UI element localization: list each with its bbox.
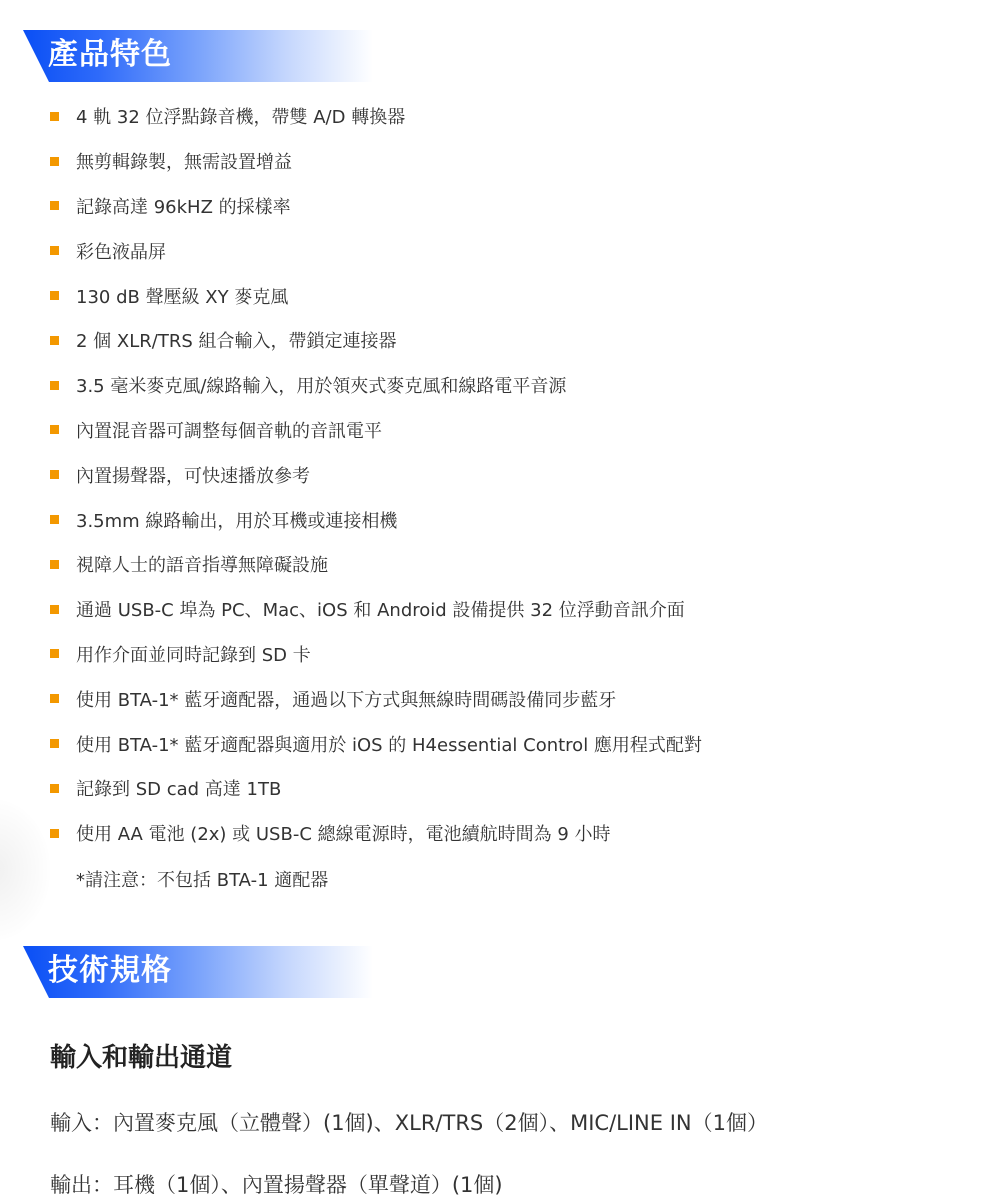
feature-item: 記錄高達 96kHZ 的採樣率	[50, 184, 702, 229]
decorative-shadow	[0, 800, 50, 940]
feature-text: 內置混音器可調整每個音軌的音訊電平	[76, 417, 382, 443]
feature-list: 4 軌 32 位浮點錄音機，帶雙 A/D 轉換器 無剪輯錄製，無需設置增益 記錄…	[50, 94, 702, 856]
feature-text: 記錄到 SD cad 高達 1TB	[76, 775, 281, 801]
square-bullet-icon	[50, 336, 59, 345]
feature-text: 3.5 毫米麥克風/線路輸入，用於領夾式麥克風和線路電平音源	[76, 372, 566, 398]
io-channels-heading: 輸入和輸出通道	[50, 1038, 232, 1078]
features-section-banner: 產品特色	[23, 30, 373, 82]
square-bullet-icon	[50, 157, 59, 166]
feature-item: 使用 BTA-1* 藍牙適配器，通過以下方式與無線時間碼設備同步藍牙	[50, 676, 702, 721]
feature-item: 視障人士的語音指導無障礙設施	[50, 542, 702, 587]
feature-text: 彩色液晶屏	[76, 238, 166, 264]
feature-item: 無剪輯錄製，無需設置增益	[50, 139, 702, 184]
feature-item: 3.5 毫米麥克風/線路輸入，用於領夾式麥克風和線路電平音源	[50, 363, 702, 408]
square-bullet-icon	[50, 201, 59, 210]
feature-text: 視障人士的語音指導無障礙設施	[76, 551, 328, 577]
specs-section-banner: 技術規格	[23, 946, 373, 998]
feature-text: 通過 USB-C 埠為 PC、Mac、iOS 和 Android 設備提供 32…	[76, 596, 685, 622]
feature-item: 用作介面並同時記錄到 SD 卡	[50, 632, 702, 677]
square-bullet-icon	[50, 694, 59, 703]
square-bullet-icon	[50, 291, 59, 300]
square-bullet-icon	[50, 560, 59, 569]
feature-item: 2 個 XLR/TRS 組合輸入，帶鎖定連接器	[50, 318, 702, 363]
feature-text: 使用 BTA-1* 藍牙適配器，通過以下方式與無線時間碼設備同步藍牙	[76, 686, 616, 712]
square-bullet-icon	[50, 605, 59, 614]
square-bullet-icon	[50, 246, 59, 255]
square-bullet-icon	[50, 829, 59, 838]
square-bullet-icon	[50, 784, 59, 793]
feature-text: 2 個 XLR/TRS 組合輸入，帶鎖定連接器	[76, 327, 396, 353]
feature-text: 使用 AA 電池 (2x) 或 USB-C 總線電源時，電池續航時間為 9 小時	[76, 820, 611, 846]
square-bullet-icon	[50, 470, 59, 479]
feature-text: 130 dB 聲壓級 XY 麥克風	[76, 283, 288, 309]
square-bullet-icon	[50, 381, 59, 390]
square-bullet-icon	[50, 515, 59, 524]
feature-item: 彩色液晶屏	[50, 228, 702, 273]
feature-item: 通過 USB-C 埠為 PC、Mac、iOS 和 Android 設備提供 32…	[50, 587, 702, 632]
feature-item: 記錄到 SD cad 高達 1TB	[50, 766, 702, 811]
feature-text: 使用 BTA-1* 藍牙適配器與適用於 iOS 的 H4essential Co…	[76, 731, 702, 757]
feature-item: 130 dB 聲壓級 XY 麥克風	[50, 273, 702, 318]
footnote: *請注意：不包括 BTA-1 適配器	[76, 866, 328, 896]
feature-item: 3.5mm 線路輸出，用於耳機或連接相機	[50, 497, 702, 542]
square-bullet-icon	[50, 649, 59, 658]
specs-section-title: 技術規格	[48, 951, 172, 991]
feature-item: 4 軌 32 位浮點錄音機，帶雙 A/D 轉換器	[50, 94, 702, 139]
input-spec: 輸入：內置麥克風（立體聲）(1個)、XLR/TRS（2個）、MIC/LINE I…	[50, 1107, 768, 1139]
feature-text: 用作介面並同時記錄到 SD 卡	[76, 641, 311, 667]
square-bullet-icon	[50, 112, 59, 121]
feature-item: 使用 BTA-1* 藍牙適配器與適用於 iOS 的 H4essential Co…	[50, 721, 702, 766]
feature-text: 內置揚聲器，可快速播放參考	[76, 462, 310, 488]
feature-item: 使用 AA 電池 (2x) 或 USB-C 總線電源時，電池續航時間為 9 小時	[50, 811, 702, 856]
feature-item: 內置揚聲器，可快速播放參考	[50, 452, 702, 497]
square-bullet-icon	[50, 739, 59, 748]
feature-text: 無剪輯錄製，無需設置增益	[76, 148, 292, 174]
square-bullet-icon	[50, 425, 59, 434]
features-section-title: 產品特色	[48, 35, 172, 75]
feature-text: 4 軌 32 位浮點錄音機，帶雙 A/D 轉換器	[76, 103, 405, 129]
feature-text: 記錄高達 96kHZ 的採樣率	[76, 193, 291, 219]
feature-item: 內置混音器可調整每個音軌的音訊電平	[50, 408, 702, 453]
feature-text: 3.5mm 線路輸出，用於耳機或連接相機	[76, 507, 397, 533]
output-spec: 輸出：耳機（1個）、內置揚聲器（單聲道）(1個)	[50, 1169, 503, 1200]
